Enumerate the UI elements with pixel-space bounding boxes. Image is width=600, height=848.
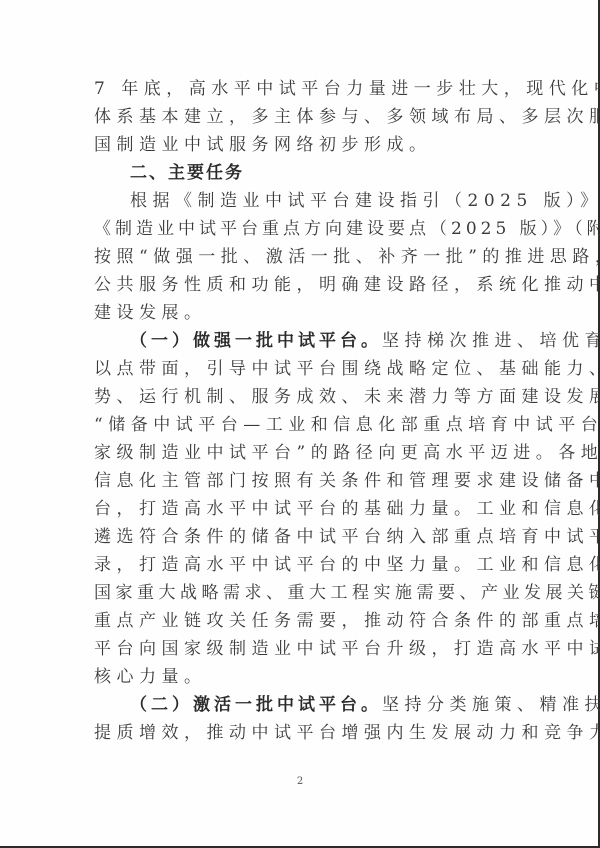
subheading-strengthen: （一）做强一批中试平台。 — [130, 331, 382, 351]
text-line: 家级制造业中试平台”的路径向更高水平迈进。各地工业和 — [94, 439, 514, 467]
text-line: 信息化主管部门按照有关条件和管理要求建设储备中试平 — [94, 467, 514, 495]
text-line: 平台向国家级制造业中试平台升级，打造高水平中试平台的 — [94, 635, 514, 663]
document-page: 7 年底，高水平中试平台力量进一步壮大，现代化中试平台 体系基本建立，多主体参与… — [0, 0, 600, 848]
text-line: 国制造业中试服务网络初步形成。 — [94, 131, 514, 159]
text-line: 势、运行机制、服务成效、未来潜力等方面建设发展，按照 — [94, 383, 514, 411]
text-run: 坚持分类施策、精准扶持、 — [382, 695, 600, 715]
text-run: 坚持梯次推进、培优育强、 — [382, 331, 600, 351]
paragraph-first-line: （一）做强一批中试平台。坚持梯次推进、培优育强、 — [94, 327, 514, 355]
text-line: 提质增效，推动中试平台增强内生发展动力和竞争力。各地 — [94, 719, 514, 747]
text-line: 以点带面，引导中试平台围绕战略定位、基础能力、技术优 — [94, 355, 514, 383]
text-line: 台，打造高水平中试平台的基础力量。工业和信息化部组织 — [94, 495, 514, 523]
section-heading: 二、主要任务 — [94, 159, 514, 187]
text-line: 体系基本建立，多主体参与、多领域布局、多层次服务的全 — [94, 103, 514, 131]
text-line: 根据《制造业中试平台建设指引（2025 版）》（附件 1）、 — [94, 187, 514, 215]
text-line: 《制造业中试平台重点方向建设要点（2025 版）》（附件 2）， — [94, 215, 514, 243]
body-text: 7 年底，高水平中试平台力量进一步壮大，现代化中试平台 体系基本建立，多主体参与… — [94, 75, 514, 747]
text-line: 建设发展。 — [94, 299, 514, 327]
text-line: 核心力量。 — [94, 663, 514, 691]
page-number: 2 — [0, 776, 600, 787]
subheading-activate: （二）激活一批中试平台。 — [130, 695, 382, 715]
text-line: 按照“做强一批、激活一批、补齐一批”的推进思路，突出 — [94, 243, 514, 271]
text-line: 7 年底，高水平中试平台力量进一步壮大，现代化中试平台 — [94, 75, 514, 103]
paragraph-first-line: （二）激活一批中试平台。坚持分类施策、精准扶持、 — [94, 691, 514, 719]
text-line: 公共服务性质和功能，明确建设路径，系统化推动中试平台 — [94, 271, 514, 299]
text-line: “储备中试平台—工业和信息化部重点培育中试平台—国 — [94, 411, 514, 439]
text-line: 遴选符合条件的储备中试平台纳入部重点培育中试平台名 — [94, 523, 514, 551]
text-line: 国家重大战略需求、重大工程实施需要、产业发展关键领域、 — [94, 579, 514, 607]
text-line: 录，打造高水平中试平台的中坚力量。工业和信息化部围绕 — [94, 551, 514, 579]
text-line: 重点产业链攻关任务需要，推动符合条件的部重点培育中试 — [94, 607, 514, 635]
